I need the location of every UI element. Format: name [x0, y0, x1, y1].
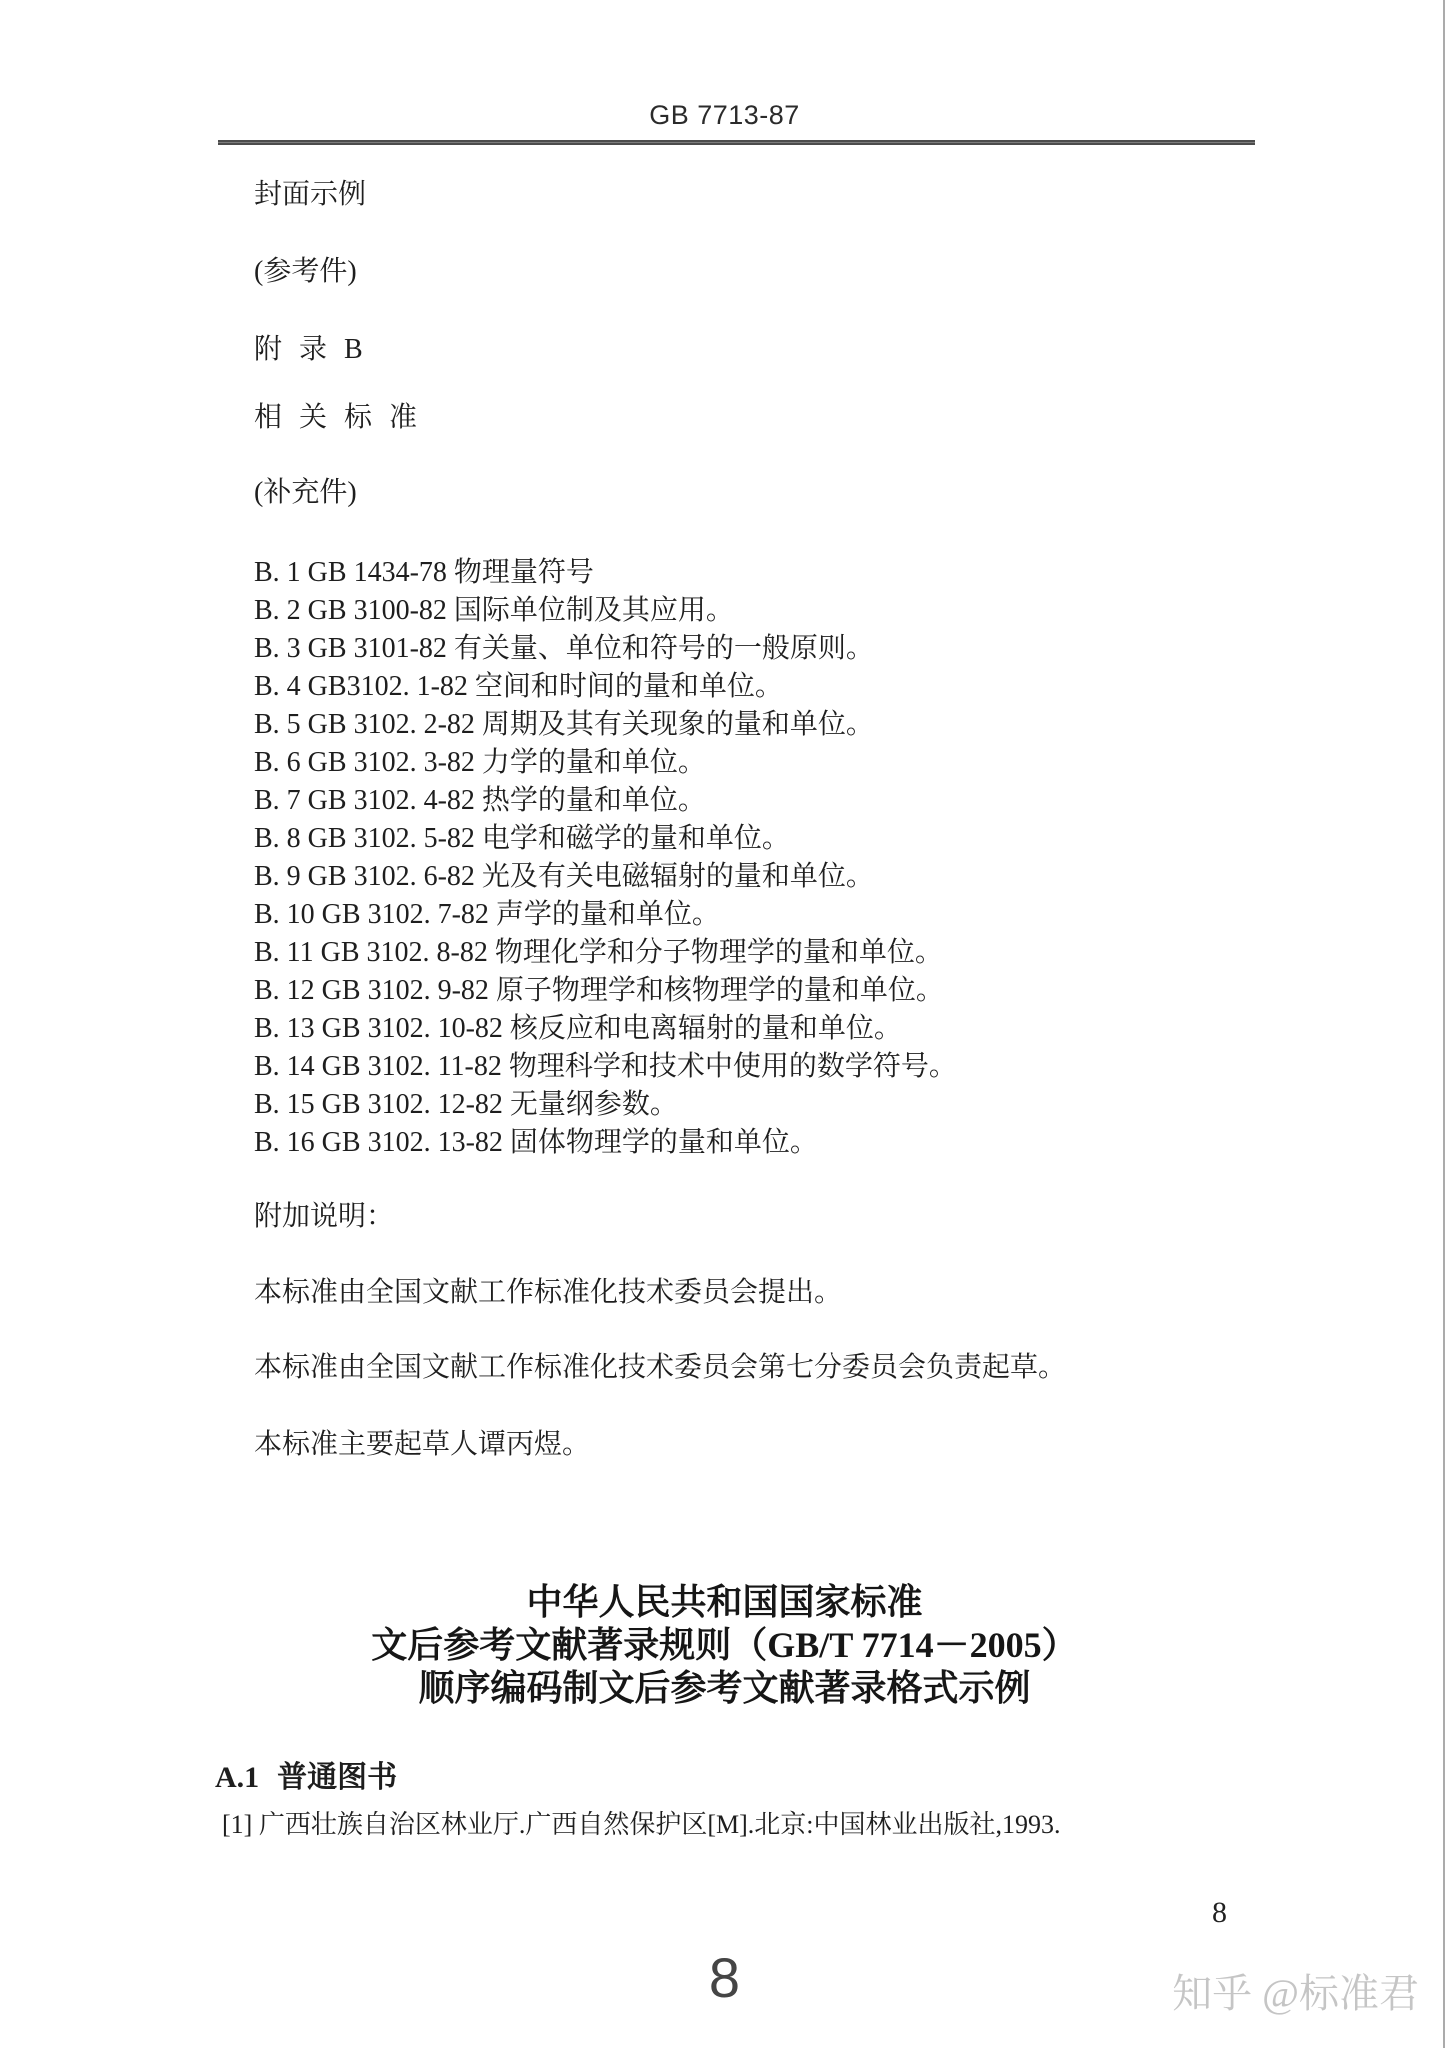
standard-item: B. 15 GB 3102. 12-82 无量纲参数。: [254, 1086, 957, 1124]
page-number: 8: [1212, 1898, 1227, 1928]
cover-example-label: 封面示例: [254, 181, 366, 209]
standard-item: B. 2 GB 3100-82 国际单位制及其应用。: [254, 592, 957, 630]
section-a1-heading: A.1普通图书: [215, 1763, 397, 1793]
section-a1-number: A.1: [215, 1761, 259, 1794]
watermark: 知乎 @标准君: [1172, 1972, 1419, 2016]
appendix-section-title: 相 关 标 准: [254, 404, 422, 432]
additional-notes-label: 附加说明：: [254, 1203, 394, 1231]
standard-item: B. 13 GB 3102. 10-82 核反应和电离辐射的量和单位。: [254, 1010, 957, 1048]
gbt7714-title-line: 文后参考文献著录规则（GB/T 7714－2005）: [0, 1624, 1449, 1667]
appendix-label: 附 录 B: [254, 336, 368, 364]
supplement-note: (补充件): [254, 479, 357, 507]
note-line: 本标准由全国文献工作标准化技术委员会第七分委员会负责起草。: [254, 1354, 1066, 1382]
gbt7714-title-block: 中华人民共和国国家标准 文后参考文献著录规则（GB/T 7714－2005） 顺…: [0, 1581, 1449, 1710]
standard-item: B. 4 GB3102. 1-82 空间和时间的量和单位。: [254, 668, 957, 706]
note-line: 本标准由全国文献工作标准化技术委员会提出。: [254, 1279, 842, 1307]
document-page: GB 7713-87 封面示例 (参考件) 附 录 B 相 关 标 准 (补充件…: [0, 0, 1449, 2048]
standard-item: B. 1 GB 1434-78 物理量符号: [254, 554, 957, 592]
doc-code: GB 7713-87: [0, 100, 1449, 131]
standard-item: B. 9 GB 3102. 6-82 光及有关电磁辐射的量和单位。: [254, 858, 957, 896]
standard-item: B. 14 GB 3102. 11-82 物理科学和技术中使用的数学符号。: [254, 1048, 957, 1086]
standard-item: B. 8 GB 3102. 5-82 电学和磁学的量和单位。: [254, 820, 957, 858]
related-standards-list: B. 1 GB 1434-78 物理量符号 B. 2 GB 3100-82 国际…: [254, 554, 957, 1162]
standard-item: B. 3 GB 3101-82 有关量、单位和符号的一般原则。: [254, 630, 957, 668]
standard-item: B. 12 GB 3102. 9-82 原子物理学和核物理学的量和单位。: [254, 972, 957, 1010]
header-rule: [218, 140, 1255, 145]
gbt7714-title-line: 中华人民共和国国家标准: [0, 1581, 1449, 1624]
note-line: 本标准主要起草人谭丙煜。: [254, 1431, 590, 1459]
gbt7714-title-line: 顺序编码制文后参考文献著录格式示例: [0, 1667, 1449, 1710]
standard-item: B. 5 GB 3102. 2-82 周期及其有关现象的量和单位。: [254, 706, 957, 744]
standard-item: B. 7 GB 3102. 4-82 热学的量和单位。: [254, 782, 957, 820]
reference-entry: [1] 广西壮族自治区林业厅.广西自然保护区[M].北京:中国林业出版社,199…: [222, 1812, 1060, 1838]
section-a1-title: 普通图书: [277, 1761, 397, 1794]
standard-item: B. 6 GB 3102. 3-82 力学的量和单位。: [254, 744, 957, 782]
reference-note: (参考件): [254, 258, 357, 286]
standard-item: B. 10 GB 3102. 7-82 声学的量和单位。: [254, 896, 957, 934]
page-edge-line: [1443, 0, 1445, 2048]
standard-item: B. 16 GB 3102. 13-82 固体物理学的量和单位。: [254, 1124, 957, 1162]
standard-item: B. 11 GB 3102. 8-82 物理化学和分子物理学的量和单位。: [254, 934, 957, 972]
